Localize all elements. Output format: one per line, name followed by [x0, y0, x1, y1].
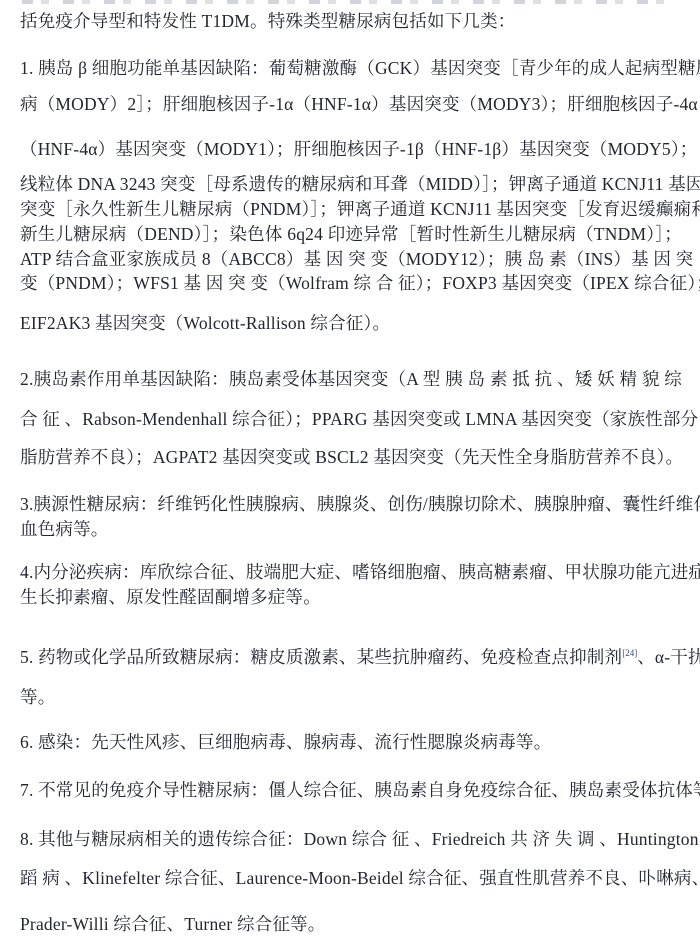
p4-line-1: 4.内分泌疾病：库欣综合征、肢端肥大症、嗜铬细胞瘤、胰高糖素瘤、甲状腺功能亢进症… — [20, 560, 682, 584]
p2-line-3: 脂肪营养不良）；AGPAT2 基因突变或 BSCL2 基因突变（先天性全身脂肪营… — [20, 445, 682, 469]
p1-line-7: ATP 结合盒亚家族成员 8（ABCC8）基 因 突 变（MODY12）；胰 岛… — [20, 247, 682, 271]
p2-line-1: 2.胰岛素作用单基因缺陷：胰岛素受体基因突变（A 型 胰 岛 素 抵 抗 、矮 … — [20, 367, 682, 391]
p1-line-4: 线粒体 DNA 3243 突变［母系遗传的糖尿病和耳聋（MIDD）］；钾离子通道… — [20, 172, 682, 196]
p7-line-1: 7. 不常见的免疫介导性糖尿病：僵人综合征、胰岛素自身免疫综合征、胰岛素受体抗体… — [20, 778, 682, 802]
p1-line-2: 病（MODY）2］；肝细胞核因子-1α（HNF-1α）基因突变（MODY3）；肝… — [20, 92, 682, 116]
p1-line-3: （HNF-4α）基因突变（MODY1）；肝细胞核因子-1β（HNF-1β）基因突… — [20, 137, 682, 161]
p5-line-1: 5. 药物或化学品所致糖尿病：糖皮质激素、某些抗肿瘤药、免疫检查点抑制剂[24]… — [20, 645, 682, 669]
intro-line: 括免疫介导型和特发性 T1DM。特殊类型糖尿病包括如下几类： — [20, 9, 682, 33]
p5-line-2: 等。 — [20, 685, 682, 709]
p2-line-2: 合 征 、Rabson-Mendenhall 综合征）；PPARG 基因突变或 … — [20, 407, 682, 431]
p3-line-2: 血色病等。 — [20, 517, 682, 541]
p1-line-9: EIF2AK3 基因突变（Wolcott-Rallison 综合征）。 — [20, 311, 682, 335]
clipped-previous-line — [22, 0, 672, 4]
p5-text-before-ref: 5. 药物或化学品所致糖尿病：糖皮质激素、某些抗肿瘤药、免疫检查点抑制剂 — [20, 647, 622, 667]
p1-line-1: 1. 胰岛 β 细胞功能单基因缺陷：葡萄糖激酶（GCK）基因突变［青少年的成人起… — [20, 56, 682, 80]
p3-line-1: 3.胰源性糖尿病：纤维钙化性胰腺病、胰腺炎、创伤/胰腺切除术、胰腺肿瘤、囊性纤维… — [20, 492, 682, 516]
citation-ref: [24] — [622, 648, 637, 658]
p1-line-6: 新生儿糖尿病（DEND）］；染色体 6q24 印迹异常［暂时性新生儿糖尿病（TN… — [20, 222, 682, 246]
p1-line-8: 变（PNDM）；WFS1 基 因 突 变（Wolfram 综 合 征）；FOXP… — [20, 271, 682, 295]
p8-line-3: Prader-Willi 综合征、Turner 综合征等。 — [20, 912, 682, 936]
p5-text-after-ref: 、α-干扰素 — [637, 647, 700, 667]
p8-line-1: 8. 其他与糖尿病相关的遗传综合征：Down 综合 征 、Friedreich … — [20, 827, 682, 851]
p4-line-2: 生长抑素瘤、原发性醛固酮增多症等。 — [20, 585, 682, 609]
p8-line-2: 蹈 病 、Klinefelter 综合征、Laurence-Moon-Beide… — [20, 866, 682, 890]
p6-line-1: 6. 感染：先天性风疹、巨细胞病毒、腺病毒、流行性腮腺炎病毒等。 — [20, 730, 682, 754]
document-page: 括免疫介导型和特发性 T1DM。特殊类型糖尿病包括如下几类： 1. 胰岛 β 细… — [0, 0, 700, 947]
p1-line-5: 突变［永久性新生儿糖尿病（PNDM）］；钾离子通道 KCNJ11 基因突变［发育… — [20, 197, 682, 221]
